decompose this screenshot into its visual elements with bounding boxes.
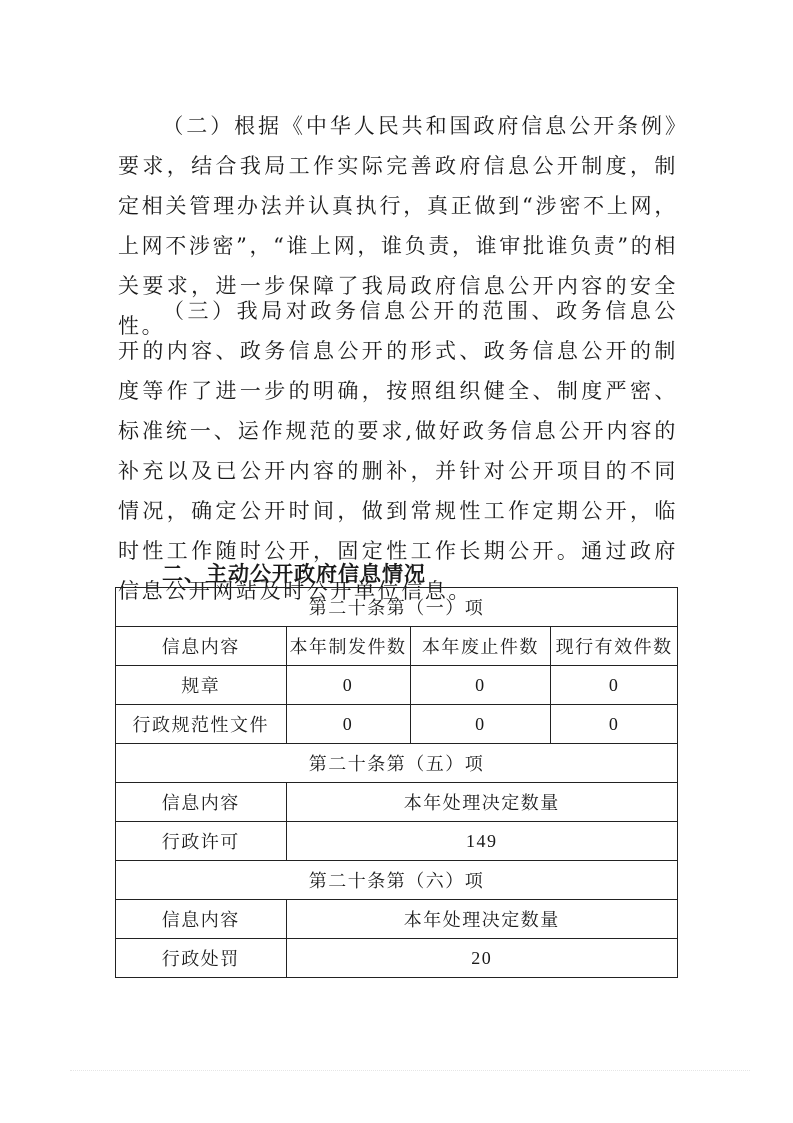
header-info-content: 信息内容 (116, 783, 287, 822)
row-label: 行政许可 (116, 822, 287, 861)
header-row: 信息内容 本年处理决定数量 (116, 900, 678, 939)
section-heading: 二、主动公开政府信息情况 (162, 558, 426, 588)
header-issued: 本年制发件数 (286, 627, 410, 666)
row-label: 行政处罚 (116, 939, 287, 978)
cell-value: 0 (410, 666, 551, 705)
section-title-row: 第二十条第（一）项 (116, 588, 678, 627)
scan-artifact (70, 1070, 750, 1072)
header-row: 信息内容 本年制发件数 本年废止件数 现行有效件数 (116, 627, 678, 666)
header-valid: 现行有效件数 (551, 627, 678, 666)
section1-title: 第二十条第（一）项 (116, 588, 678, 627)
cell-value: 0 (286, 705, 410, 744)
header-repealed: 本年废止件数 (410, 627, 551, 666)
table-row: 行政处罚 20 (116, 939, 678, 978)
section-title-row: 第二十条第（六）项 (116, 861, 678, 900)
cell-value: 0 (410, 705, 551, 744)
header-info-content: 信息内容 (116, 900, 287, 939)
section5-title: 第二十条第（五）项 (116, 744, 678, 783)
row-label: 规章 (116, 666, 287, 705)
section6-title: 第二十条第（六）项 (116, 861, 678, 900)
table-row: 行政许可 149 (116, 822, 678, 861)
cell-value: 20 (286, 939, 678, 978)
cell-value: 149 (286, 822, 678, 861)
header-decisions: 本年处理决定数量 (286, 783, 678, 822)
cell-value: 0 (551, 666, 678, 705)
header-row: 信息内容 本年处理决定数量 (116, 783, 678, 822)
table-row: 行政规范性文件 0 0 0 (116, 705, 678, 744)
table-row: 规章 0 0 0 (116, 666, 678, 705)
section-title-row: 第二十条第（五）项 (116, 744, 678, 783)
cell-value: 0 (286, 666, 410, 705)
disclosure-table: 第二十条第（一）项 信息内容 本年制发件数 本年废止件数 现行有效件数 规章 0… (115, 587, 678, 978)
row-label: 行政规范性文件 (116, 705, 287, 744)
header-info-content: 信息内容 (116, 627, 287, 666)
cell-value: 0 (551, 705, 678, 744)
header-decisions: 本年处理决定数量 (286, 900, 678, 939)
